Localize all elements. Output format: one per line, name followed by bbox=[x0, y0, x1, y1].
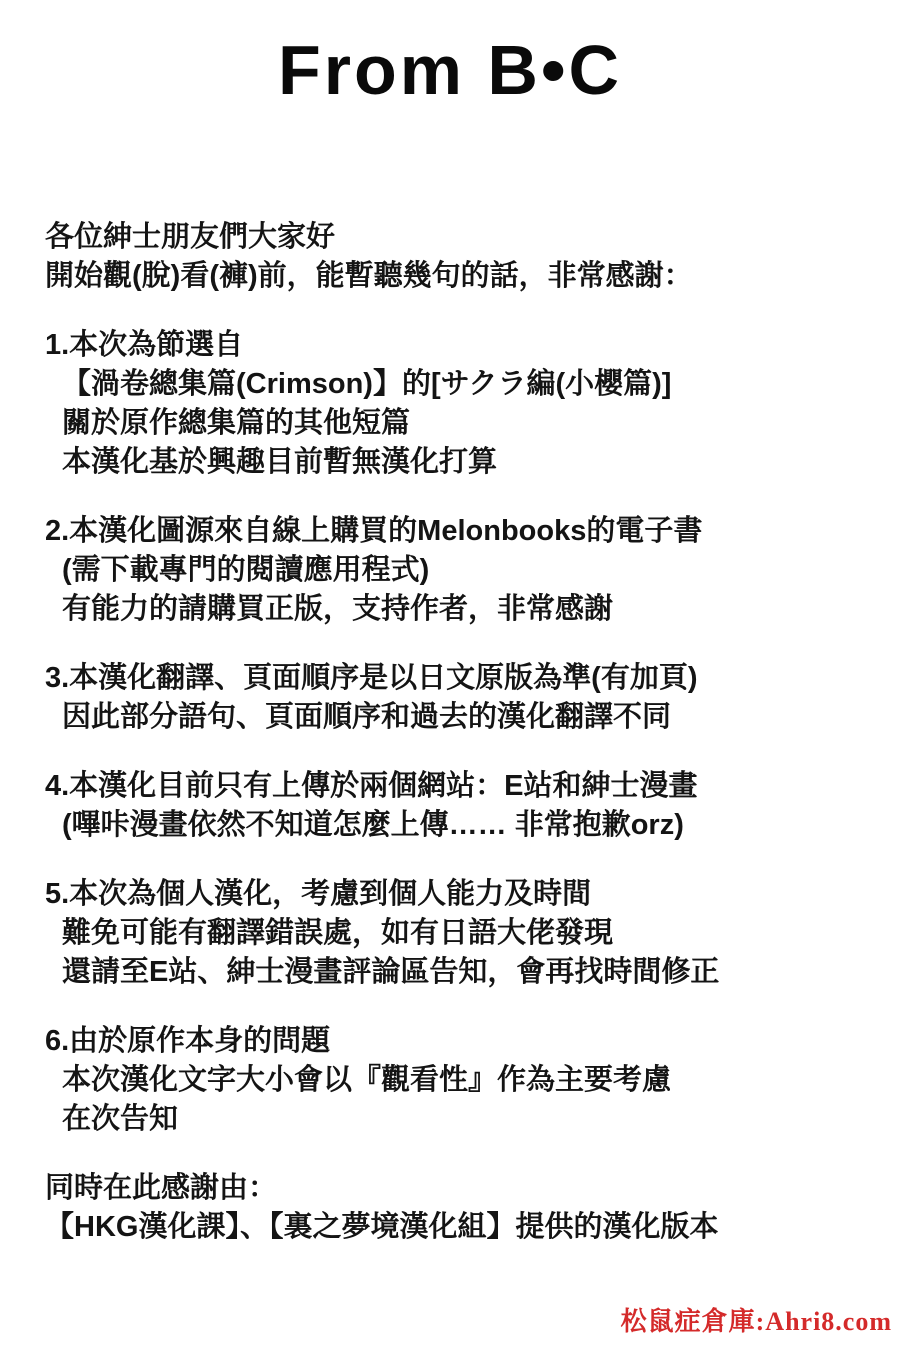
translator-notes-page: From B•C 各位紳士朋友們大家好 開始觀(脫)看(褲)前，能暫聽幾句的話，… bbox=[0, 0, 900, 1346]
watermark-text: 松鼠症倉庫:Ahri8.com bbox=[621, 1301, 892, 1338]
text-line: 5.本次為個人漢化，考慮到個人能力及時間 bbox=[45, 875, 875, 914]
text-line: 因此部分語句、頁面順序和過去的漢化翻譯不同 bbox=[45, 698, 875, 737]
note-item-1: 1.本次為節選自 【渦卷總集篇(Crimson)】的[サクラ編(小櫻篇)] 關於… bbox=[45, 326, 875, 482]
note-item-5: 5.本次為個人漢化，考慮到個人能力及時間 難免可能有翻譯錯誤處，如有日語大佬發現… bbox=[45, 875, 875, 992]
text-line: 開始觀(脫)看(褲)前，能暫聽幾句的話，非常感謝： bbox=[45, 257, 875, 296]
credits-paragraph: 同時在此感謝由： 【HKG漢化課】、【裏之夢境漢化組】提供的漢化版本 bbox=[45, 1169, 875, 1247]
text-line: (嗶咔漫畫依然不知道怎麼上傳…… 非常抱歉orz) bbox=[45, 806, 875, 845]
greeting-paragraph: 各位紳士朋友們大家好 開始觀(脫)看(褲)前，能暫聽幾句的話，非常感謝： bbox=[45, 218, 875, 296]
text-line: 4.本漢化目前只有上傳於兩個網站：E站和紳士漫畫 bbox=[45, 767, 875, 806]
text-line: 3.本漢化翻譯、頁面順序是以日文原版為準(有加頁) bbox=[45, 659, 875, 698]
text-line: 有能力的請購買正版，支持作者，非常感謝 bbox=[45, 590, 875, 629]
text-line: 難免可能有翻譯錯誤處，如有日語大佬發現 bbox=[45, 914, 875, 953]
text-line: 1.本次為節選自 bbox=[45, 326, 875, 365]
page-title: From B•C bbox=[0, 30, 900, 110]
note-item-6: 6.由於原作本身的問題 本次漢化文字大小會以『觀看性』作為主要考慮 在次告知 bbox=[45, 1022, 875, 1139]
notes-body: 各位紳士朋友們大家好 開始觀(脫)看(褲)前，能暫聽幾句的話，非常感謝： 1.本… bbox=[45, 218, 875, 1277]
text-line: 關於原作總集篇的其他短篇 bbox=[45, 404, 875, 443]
text-line: 在次告知 bbox=[45, 1100, 875, 1139]
text-line: 6.由於原作本身的問題 bbox=[45, 1022, 875, 1061]
text-line: (需下載專門的閱讀應用程式) bbox=[45, 551, 875, 590]
note-item-3: 3.本漢化翻譯、頁面順序是以日文原版為準(有加頁) 因此部分語句、頁面順序和過去… bbox=[45, 659, 875, 737]
text-line: 同時在此感謝由： bbox=[45, 1169, 875, 1208]
text-line: 2.本漢化圖源來自線上購買的Melonbooks的電子書 bbox=[45, 512, 875, 551]
text-line: 本漢化基於興趣目前暫無漢化打算 bbox=[45, 443, 875, 482]
text-line: 還請至E站、紳士漫畫評論區告知，會再找時間修正 bbox=[45, 953, 875, 992]
note-item-2: 2.本漢化圖源來自線上購買的Melonbooks的電子書 (需下載專門的閱讀應用… bbox=[45, 512, 875, 629]
text-line: 本次漢化文字大小會以『觀看性』作為主要考慮 bbox=[45, 1061, 875, 1100]
text-line: 【渦卷總集篇(Crimson)】的[サクラ編(小櫻篇)] bbox=[45, 365, 875, 404]
text-line: 各位紳士朋友們大家好 bbox=[45, 218, 875, 257]
note-item-4: 4.本漢化目前只有上傳於兩個網站：E站和紳士漫畫 (嗶咔漫畫依然不知道怎麼上傳…… bbox=[45, 767, 875, 845]
text-line: 【HKG漢化課】、【裏之夢境漢化組】提供的漢化版本 bbox=[45, 1208, 875, 1247]
